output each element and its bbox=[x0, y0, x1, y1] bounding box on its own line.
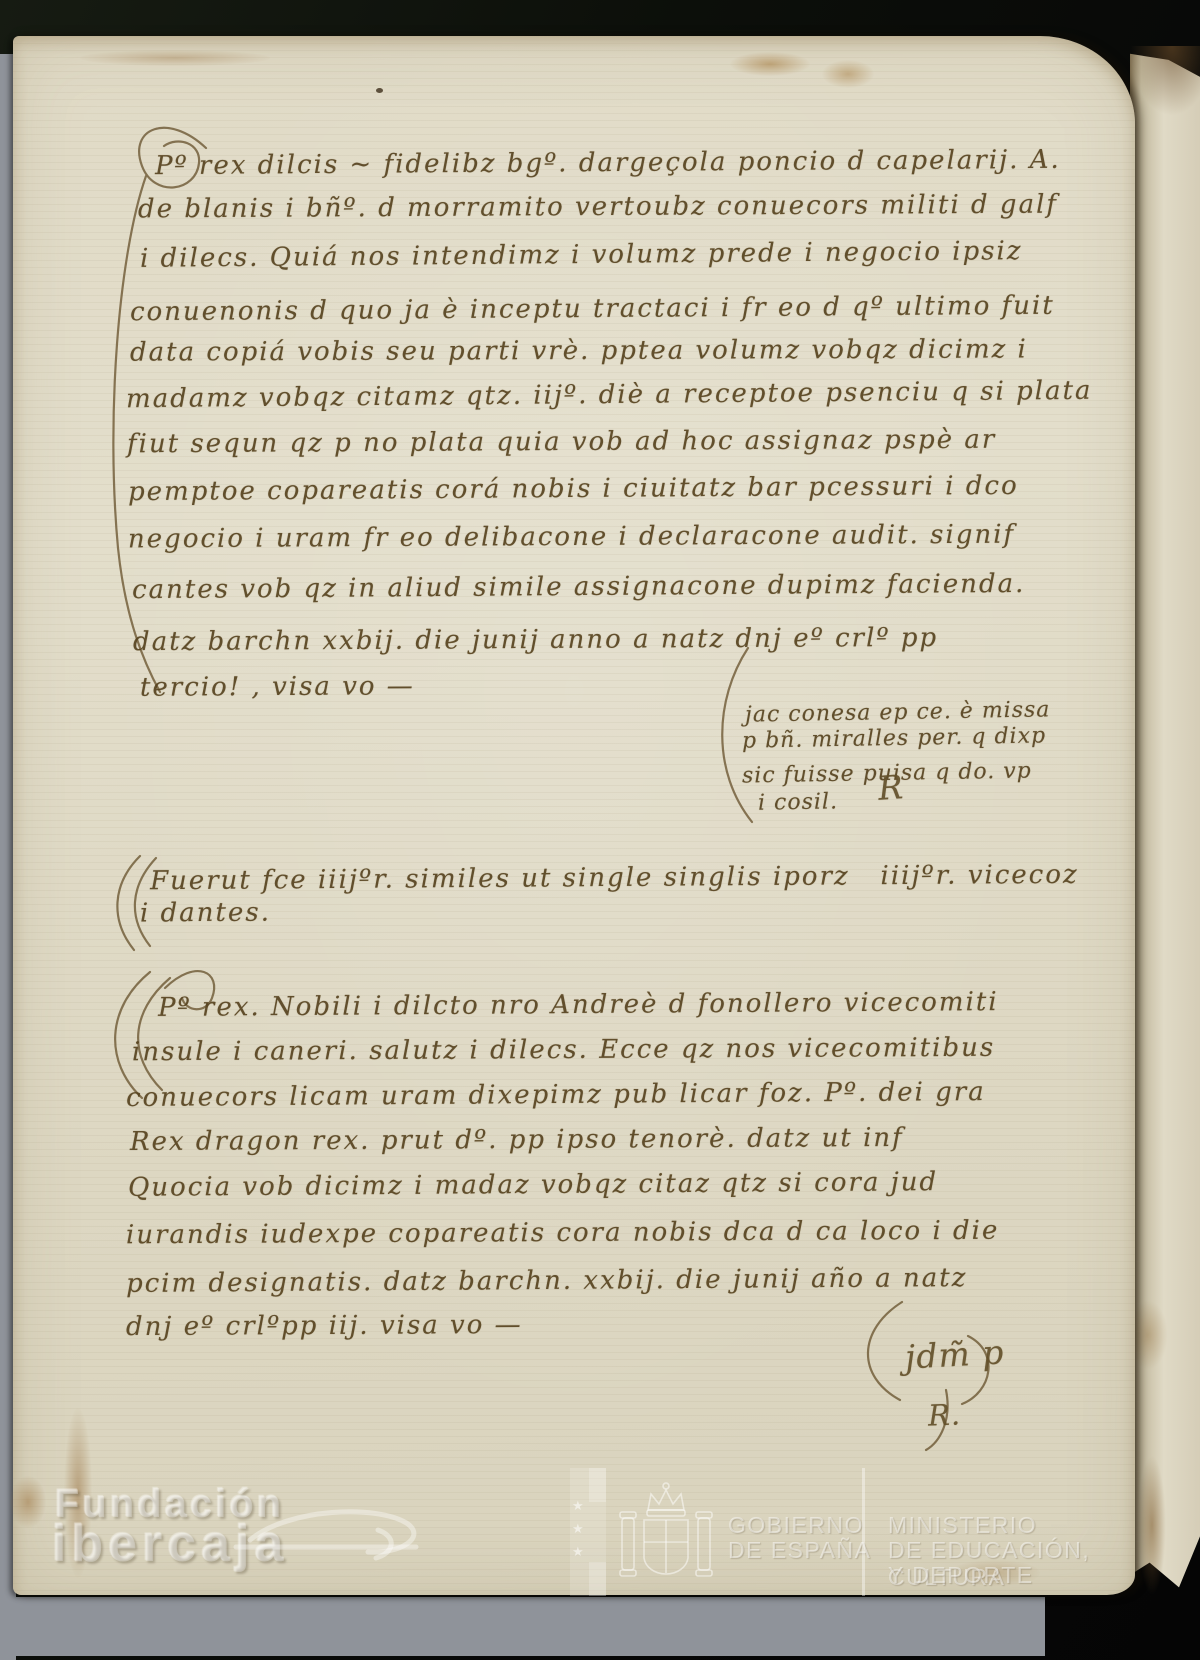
archival-photo-stage: Pº rex dilcis ~ fidelibz bgº. dargeçola … bbox=[0, 0, 1200, 1660]
margin-rubric-mark: R bbox=[877, 767, 906, 808]
manuscript-line: insule i caneri. salutz i dilecs. Ecce q… bbox=[132, 1033, 995, 1068]
manuscript-line: pemptoe copareatis corá nobis i ciuitatz… bbox=[128, 471, 1019, 507]
manuscript-line: pcim designatis. datz barchn. xxbij. die… bbox=[126, 1263, 968, 1299]
gobierno-watermark-line1: GOBIERNO bbox=[728, 1512, 864, 1539]
manuscript-line: Rex dragon rex. prut dº. pp ipso tenorè.… bbox=[130, 1123, 904, 1157]
gobierno-watermark-line2: DE ESPAÑA bbox=[728, 1537, 871, 1564]
manuscript-line: fiut sequn qz p no plata quia vob ad hoc… bbox=[127, 425, 996, 460]
signature-paren bbox=[868, 1302, 902, 1400]
manuscript-line: Pº rex dilcis ~ fidelibz bgº. dargeçola … bbox=[155, 145, 1061, 181]
eu-star-icon: ★ bbox=[572, 1498, 584, 1514]
manuscript-line: Quocia vob dicimz i madaz vobqz citaz qt… bbox=[128, 1167, 938, 1203]
watermark-divider-line bbox=[862, 1468, 865, 1596]
manuscript-line: data copiá vobis seu parti vrè. pptea vo… bbox=[130, 334, 1028, 367]
signature-rubric-mark: R. bbox=[927, 1397, 961, 1432]
ministerio-watermark-line3: Y DEPORTE bbox=[888, 1562, 1034, 1589]
manuscript-line: iurandis iudexpe copareatis cora nobis d… bbox=[126, 1216, 1000, 1251]
spain-coat-of-arms-icon bbox=[618, 1480, 714, 1584]
manuscript-line: negocio i uram fr eo delibacone i declar… bbox=[128, 520, 1015, 555]
registration-note-line: i dantes. bbox=[140, 898, 271, 929]
ibercaja-flourish-icon bbox=[228, 1492, 438, 1582]
manuscript-line: dnj eº crlºpp iij. visa vo — bbox=[126, 1310, 523, 1342]
margin-note-line: p bñ. miralles per. q dixp bbox=[742, 723, 1046, 753]
eu-stars-bar-notch-top bbox=[589, 1468, 606, 1502]
eu-stars-bar-notch-bottom bbox=[589, 1562, 606, 1596]
letter2-bracket-outer bbox=[115, 972, 150, 1098]
manuscript-line: tercio! , visa vo — bbox=[140, 671, 415, 702]
manuscript-line: datz barchn xxbij. die junij anno a natz… bbox=[133, 623, 938, 657]
manuscript-line: Pº rex. Nobili i dilcto nro Andreè d fon… bbox=[158, 987, 999, 1023]
manuscript-line: conuecors licam uram dixepimz pub licar … bbox=[126, 1077, 986, 1113]
note-bracket-outer bbox=[117, 856, 140, 950]
ministerio-watermark-line1: MINISTERIO bbox=[888, 1512, 1037, 1539]
manuscript-line: de blanis i bñº. d morramito vertoubz co… bbox=[138, 190, 1058, 225]
margin-note-line: i cosil. bbox=[758, 789, 838, 815]
eu-star-icon: ★ bbox=[572, 1544, 584, 1560]
manuscript-line: cantes vob qz in aliud simile assignacon… bbox=[132, 569, 1026, 605]
chancery-signature: jdm̃ p bbox=[904, 1332, 1005, 1376]
eu-star-icon: ★ bbox=[572, 1521, 584, 1537]
